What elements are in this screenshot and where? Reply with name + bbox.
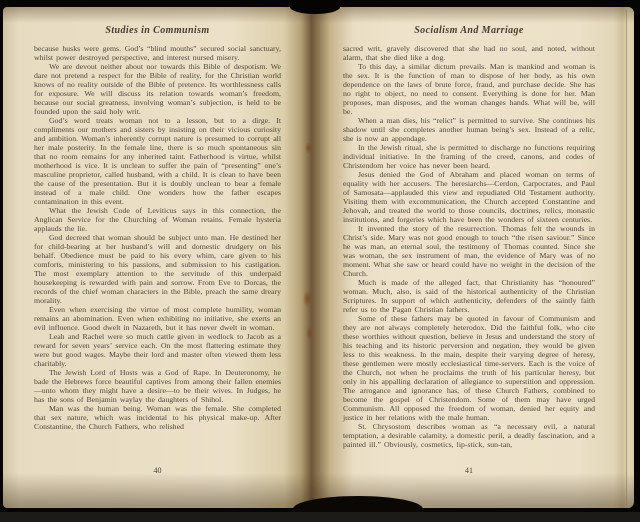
scanned-book-photo: { "book": { "colors": { "paper": "#ece1c… [0,0,640,522]
gutter-top-shadow [290,0,340,14]
paragraph: Even when exercising the virtue of most … [34,305,281,332]
page-edge-crease [626,10,627,506]
paragraph: God’s word treats woman not to a lesson,… [34,116,281,206]
paragraph: What the Jewish Code of Leviticus says i… [34,206,281,233]
paragraph: In the Jewish ritual, she is permitted t… [343,143,595,170]
paragraph: Much is made of the alleged fact, that C… [343,278,595,314]
foxing-stain [303,290,312,308]
paragraph: When a man dies, his “relict” is permitt… [343,116,595,143]
paragraph: God decreed that woman should be subject… [34,233,281,305]
paragraph: Jesus denied the God of Abraham and plac… [343,170,595,224]
right-page-number: 41 [343,466,595,475]
right-page-running-head: Socialism And Marriage [343,25,595,36]
left-page: Studies in Communism because husks were … [34,0,281,522]
right-page: Socialism And Marriage sacred writ, grav… [343,0,595,522]
paragraph: Leah and Rachel were so much cattle give… [34,332,281,368]
paragraph: The Jewish Lord of Hosts was a God of Ra… [34,368,281,404]
paragraph: Some of these fathers may be quoted in f… [343,314,595,422]
paragraph: We are devout neither about nor towards … [34,62,281,116]
right-page-text: sacred writ, gravely discovered that she… [343,44,595,449]
paragraph: because husks were gems. God’s “blind mo… [34,44,281,62]
paragraph: St. Chrysostom describes woman as “a nec… [343,422,595,449]
left-page-number: 40 [34,466,281,475]
paragraph: To this day, a similar dictum prevails. … [343,62,595,116]
foxing-stain [305,142,312,154]
foxing-stain [306,326,313,340]
paragraph: sacred writ, gravely discovered that she… [343,44,595,62]
left-page-running-head: Studies in Communism [34,25,281,36]
paragraph: Man was the human being. Woman was the f… [34,404,281,431]
left-page-text: because husks were gems. God’s “blind mo… [34,44,281,431]
paragraph: It invented the story of the resurrectio… [343,224,595,278]
